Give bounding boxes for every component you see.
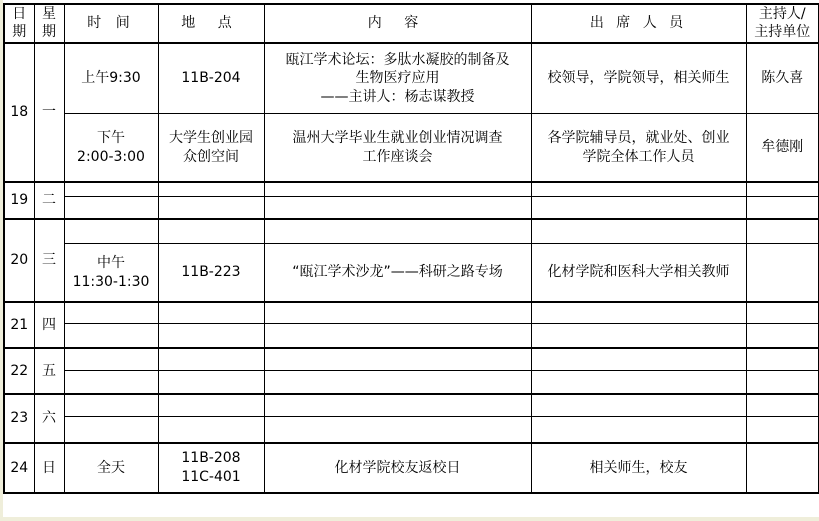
content-cell: [264, 197, 531, 219]
time-cell: 上午9:30: [64, 43, 158, 114]
content-cell: [264, 219, 531, 244]
date-cell-20: 20: [4, 219, 34, 302]
date-cell-18: 18: [4, 43, 34, 182]
time-cell: [64, 417, 158, 443]
content-cell: “瓯江学术沙龙”——科研之路专场: [264, 244, 531, 302]
time-cell: 中午 11:30-1:30: [64, 244, 158, 302]
date-cell-21: 21: [4, 302, 34, 348]
host-cell: [746, 324, 819, 348]
content-cell: [264, 394, 531, 417]
place-cell: 11B-204: [158, 43, 264, 114]
place-cell: 大学生创业园 众创空间: [158, 114, 264, 182]
header-content: 内 容: [264, 4, 531, 43]
content-cell: [264, 324, 531, 348]
attendees-cell: [531, 324, 746, 348]
place-cell: [158, 394, 264, 417]
attendees-cell: [531, 182, 746, 197]
date-cell-24: 24: [4, 443, 34, 493]
place-cell: [158, 182, 264, 197]
place-cell: 11B-208 11C-401: [158, 443, 264, 493]
host-cell: [746, 371, 819, 394]
table-row: [4, 371, 819, 394]
attendees-cell: 化材学院和医科大学相关教师: [531, 244, 746, 302]
header-week: 星 期: [34, 4, 64, 43]
time-cell: 下午 2:00-3:00: [64, 114, 158, 182]
host-cell: 陈久喜: [746, 43, 819, 114]
host-cell: [746, 417, 819, 443]
host-cell: [746, 219, 819, 244]
attendees-cell: [531, 219, 746, 244]
host-cell: [746, 443, 819, 493]
attendees-cell: [531, 417, 746, 443]
date-cell-22: 22: [4, 348, 34, 394]
time-cell: [64, 219, 158, 244]
place-cell: 11B-223: [158, 244, 264, 302]
content-cell: [264, 417, 531, 443]
host-cell: [746, 394, 819, 417]
table-row: 20 三: [4, 219, 819, 244]
week-cell-22: 五: [34, 348, 64, 394]
date-cell-19: 19: [4, 182, 34, 219]
date-cell-23: 23: [4, 394, 34, 443]
content-cell: [264, 348, 531, 371]
header-row: 日 期 星 期 时 间 地 点 内 容 出 席 人 员 主持人/ 主持单位: [4, 4, 819, 43]
time-cell: [64, 348, 158, 371]
week-cell-23: 六: [34, 394, 64, 443]
host-cell: [746, 182, 819, 197]
header-host: 主持人/ 主持单位: [746, 4, 819, 43]
attendees-cell: [531, 197, 746, 219]
host-cell: [746, 244, 819, 302]
content-cell: 瓯江学术论坛：多肽水凝胶的制备及 生物医疗应用 ——主讲人：杨志谋教授: [264, 43, 531, 114]
time-cell: [64, 371, 158, 394]
table-row: 22 五: [4, 348, 819, 371]
table-row: 23 六: [4, 394, 819, 417]
content-cell: [264, 182, 531, 197]
host-cell: [746, 348, 819, 371]
header-place: 地 点: [158, 4, 264, 43]
host-cell: 牟德刚: [746, 114, 819, 182]
table-row: [4, 417, 819, 443]
place-cell: [158, 417, 264, 443]
week-cell-24: 日: [34, 443, 64, 493]
content-cell: [264, 302, 531, 324]
table-row: 24 日 全天 11B-208 11C-401 化材学院校友返校日 相关师生，校…: [4, 443, 819, 493]
table-row: 21 四: [4, 302, 819, 324]
attendees-cell: 各学院辅导员，就业处、创业 学院全体工作人员: [531, 114, 746, 182]
header-attendees: 出 席 人 员: [531, 4, 746, 43]
time-cell: [64, 197, 158, 219]
header-date: 日 期: [4, 4, 34, 43]
table-row: 中午 11:30-1:30 11B-223 “瓯江学术沙龙”——科研之路专场 化…: [4, 244, 819, 302]
time-cell: [64, 394, 158, 417]
table-row: [4, 324, 819, 348]
time-cell: [64, 182, 158, 197]
content-cell: 温州大学毕业生就业创业情况调查 工作座谈会: [264, 114, 531, 182]
table-row: 19 二: [4, 182, 819, 197]
sheet-background-bottom: [0, 517, 819, 521]
week-cell-21: 四: [34, 302, 64, 348]
attendees-cell: [531, 371, 746, 394]
place-cell: [158, 371, 264, 394]
table-row: [4, 197, 819, 219]
week-cell-19: 二: [34, 182, 64, 219]
time-cell: [64, 302, 158, 324]
time-cell: 全天: [64, 443, 158, 493]
host-cell: [746, 197, 819, 219]
attendees-cell: 校领导，学院领导，相关师生: [531, 43, 746, 114]
content-cell: [264, 371, 531, 394]
place-cell: [158, 219, 264, 244]
time-cell: [64, 324, 158, 348]
week-cell-18: 一: [34, 43, 64, 182]
table-row: 下午 2:00-3:00 大学生创业园 众创空间 温州大学毕业生就业创业情况调查…: [4, 114, 819, 182]
place-cell: [158, 324, 264, 348]
attendees-cell: [531, 394, 746, 417]
table-row: 18 一 上午9:30 11B-204 瓯江学术论坛：多肽水凝胶的制备及 生物医…: [4, 43, 819, 114]
attendees-cell: [531, 302, 746, 324]
host-cell: [746, 302, 819, 324]
week-cell-20: 三: [34, 219, 64, 302]
attendees-cell: 相关师生，校友: [531, 443, 746, 493]
attendees-cell: [531, 348, 746, 371]
place-cell: [158, 348, 264, 371]
schedule-table: 日 期 星 期 时 间 地 点 内 容 出 席 人 员 主持人/ 主持单位 18…: [3, 3, 819, 494]
place-cell: [158, 197, 264, 219]
header-time: 时 间: [64, 4, 158, 43]
content-cell: 化材学院校友返校日: [264, 443, 531, 493]
place-cell: [158, 302, 264, 324]
